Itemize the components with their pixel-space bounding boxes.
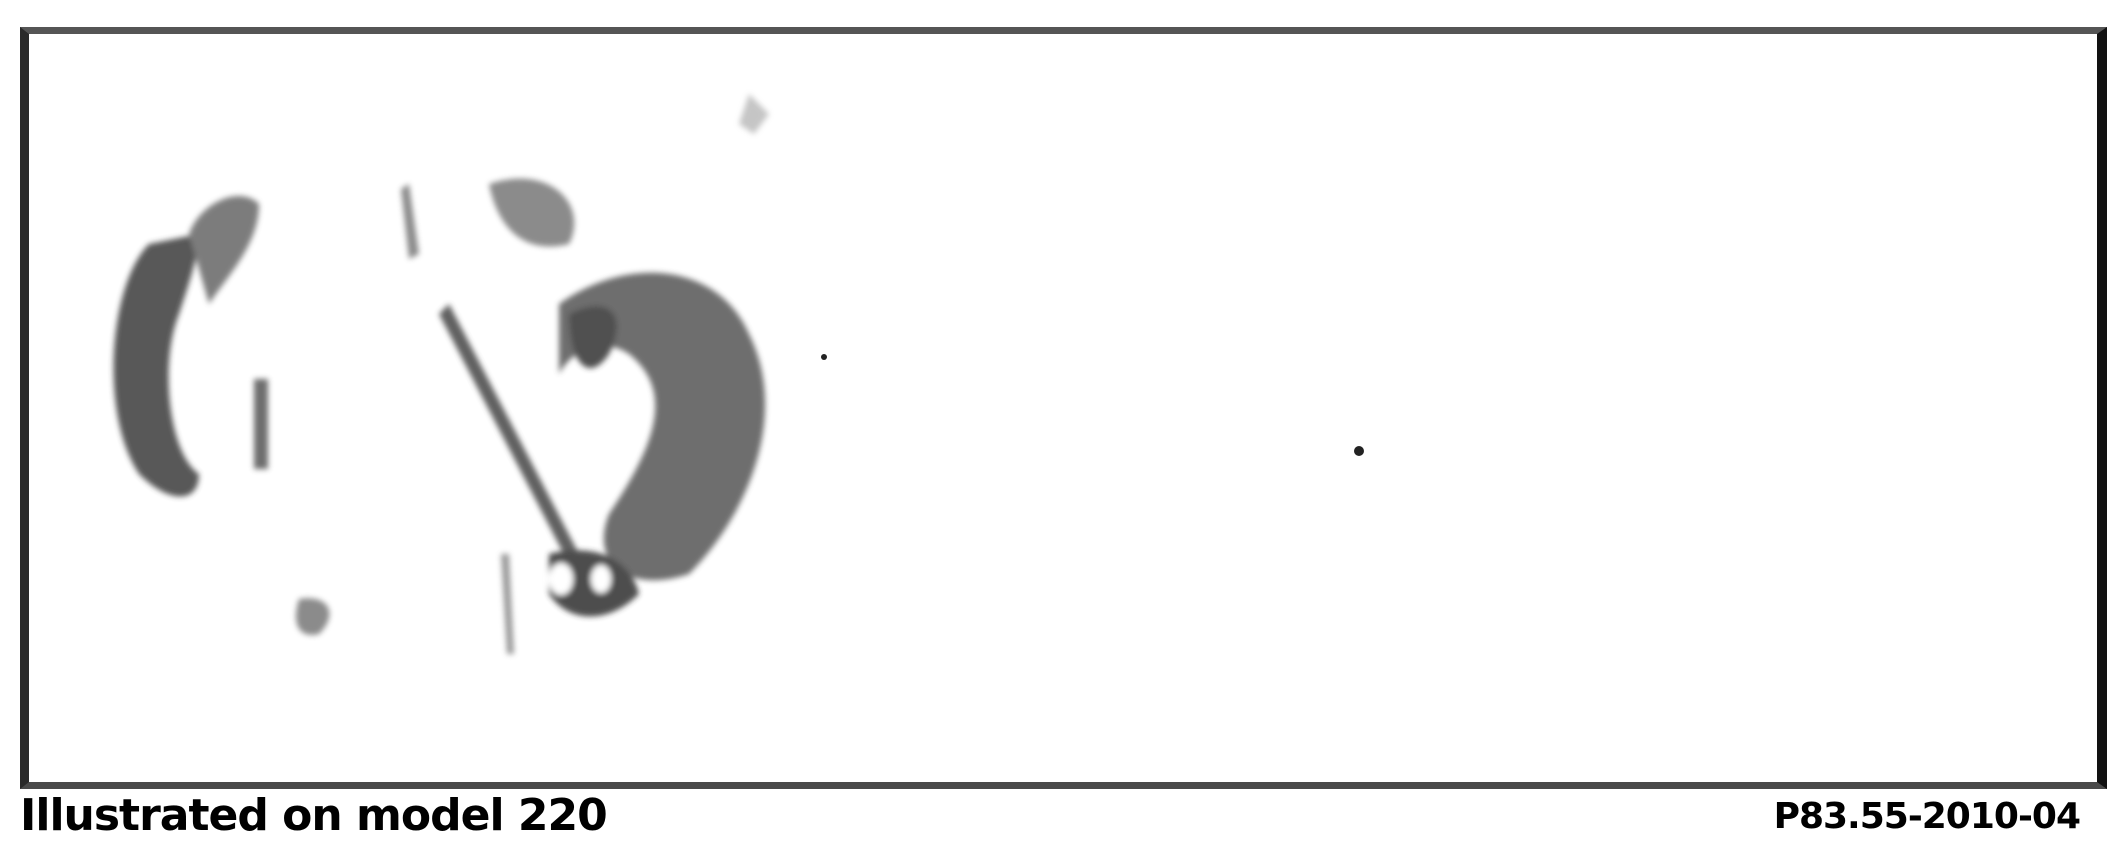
figure-caption: Illustrated on model 220: [20, 790, 607, 841]
reference-code: P83.55-2010-04: [1774, 796, 2080, 837]
component-photo: [29, 34, 2097, 782]
figure-frame: [20, 27, 2107, 789]
